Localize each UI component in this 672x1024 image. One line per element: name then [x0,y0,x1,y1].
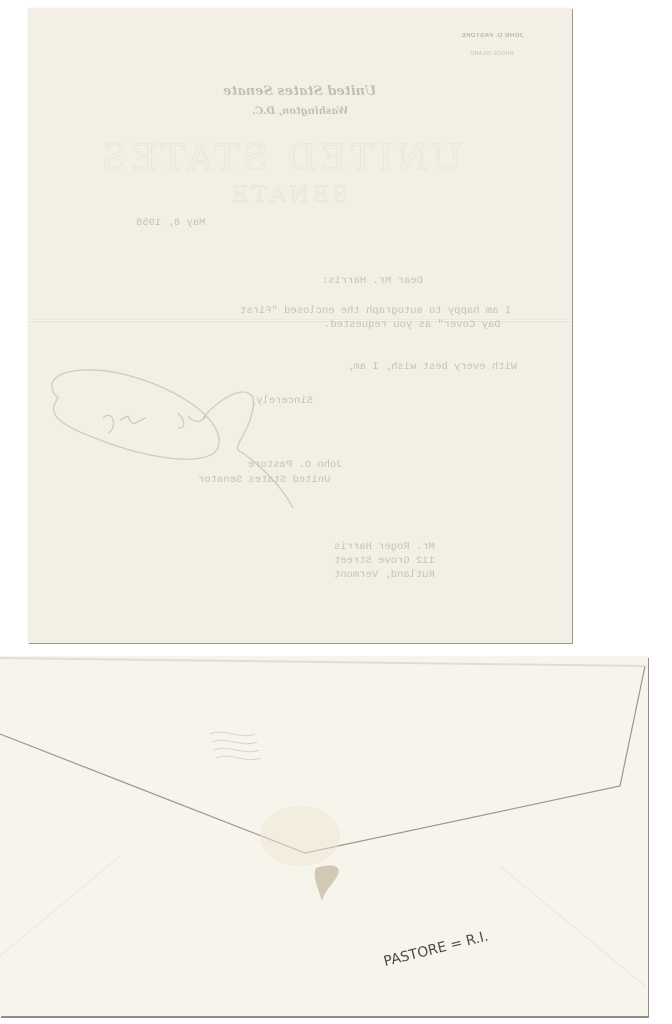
salutation-wrap: Dear Mr. Harris: [322,270,423,288]
letterhead-institution: United States Senate [223,84,376,99]
body-line-2: Day Cover" as you requested. [324,319,500,331]
letterhead-state: RHODE ISLAND [470,51,514,57]
envelope-back: PASTORE = R.I. [0,656,648,1016]
letterhead-location: Washington, D.C. [252,106,348,117]
recipient-line-3-wrap: Rutland, Vermont [334,564,435,582]
embossed-seal-lower: SENATE [228,183,348,208]
letterhead-location-wrap: Washington, D.C. [252,101,348,119]
closing-line-wrap: With every best wish, I am, [347,356,517,374]
body-line-2-wrap: Day Cover" as you requested. [324,314,500,332]
signature-title-wrap: United States Senator [198,469,330,487]
letterhead-senator-name: JOHN O. PASTORE [461,33,523,39]
recipient-line-3: Rutland, Vermont [334,569,435,581]
letter-date-wrap: May 8, 1958 [136,212,205,230]
letterhead-institution-wrap: United States Senate [223,82,376,100]
letter-date: May 8, 1958 [136,217,205,229]
letter-sheet: JOHN O. PASTORE RHODE ISLAND United Stat… [28,8,572,643]
closing-line: With every best wish, I am, [347,361,517,373]
envelope-flaps [0,656,648,1016]
embossed-seal: UNITED STATES [98,138,462,179]
salutation: Dear Mr. Harris: [322,275,423,287]
signature-ink [28,358,318,518]
signature-title: United States Senator [198,474,330,486]
letterhead-senator-block: JOHN O. PASTORE RHODE ISLAND [461,24,523,60]
